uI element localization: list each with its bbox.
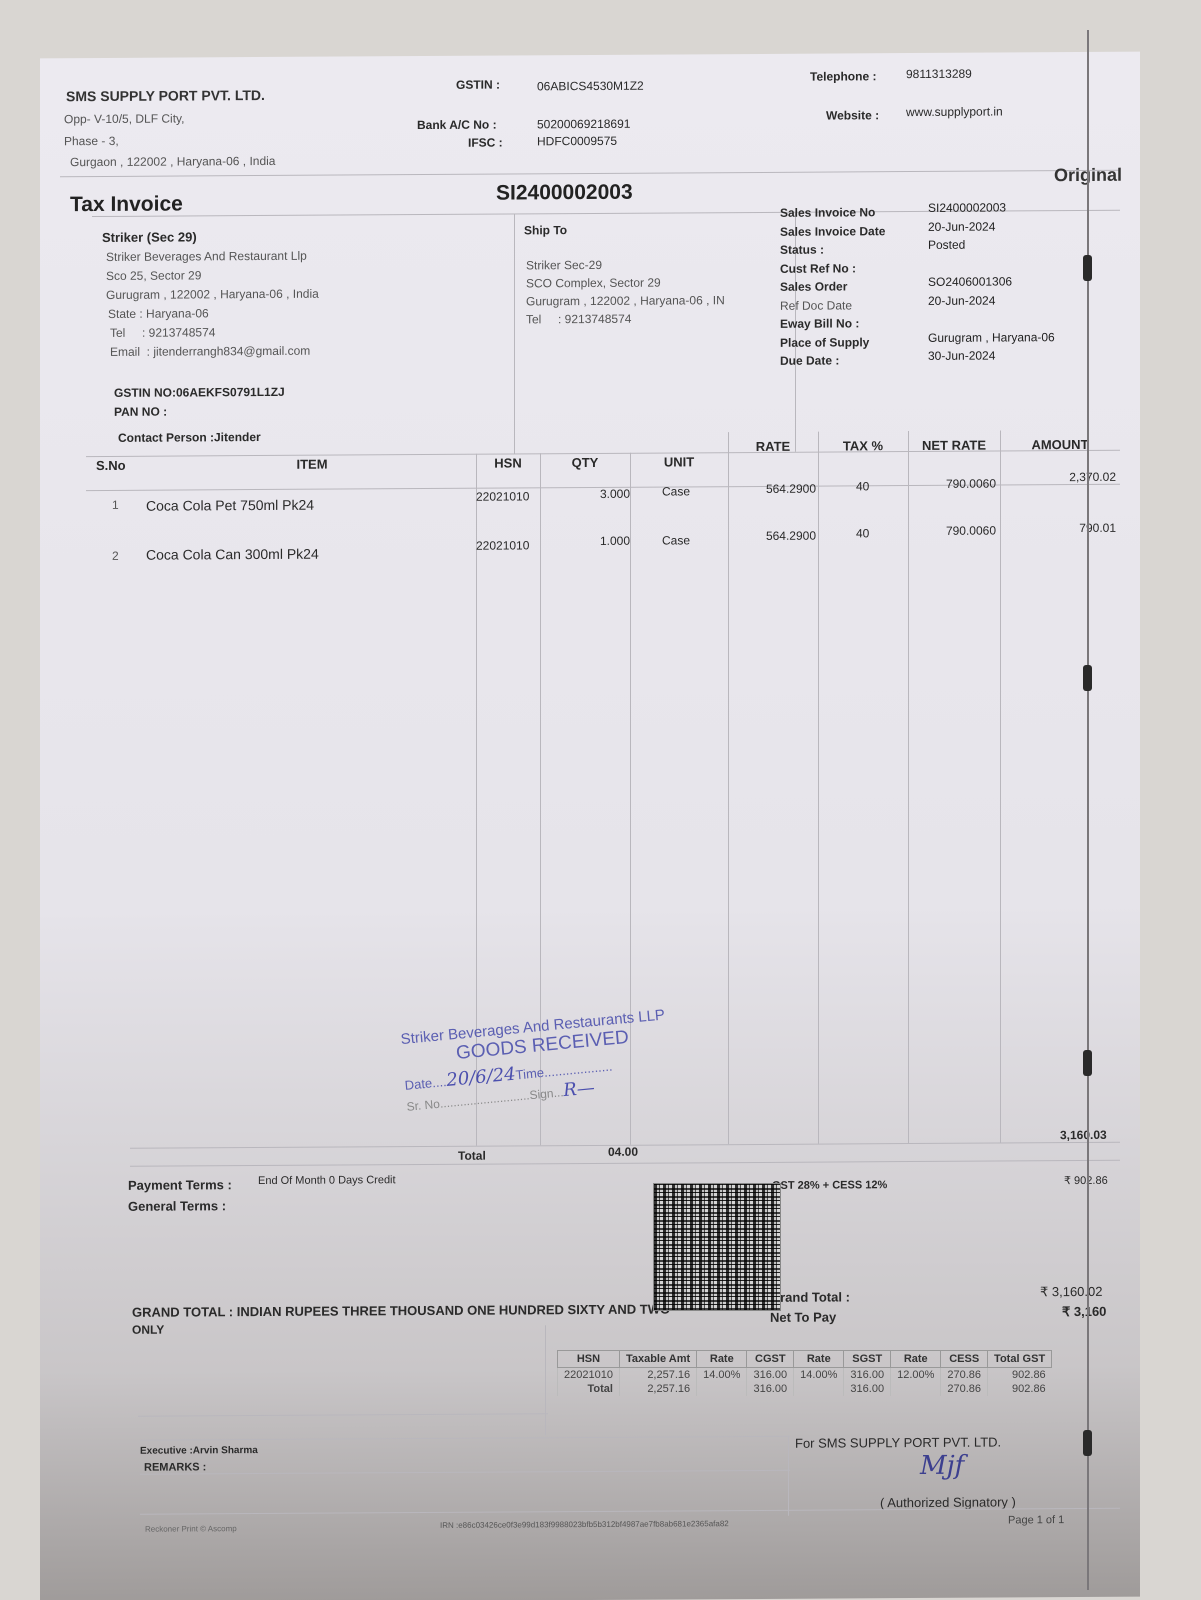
table-row: 2Coca Cola Can 300ml Pk24220210101.000Ca… [40, 535, 1140, 572]
punch-mark [1083, 665, 1092, 691]
row-net-rate: 790.0060 [910, 477, 996, 492]
gst-header-sgst: SGST [844, 1351, 891, 1368]
row-item: Coca Cola Can 300ml Pk24 [146, 546, 319, 563]
bill-to-pan: PAN NO : [114, 405, 167, 419]
punch-mark [1083, 1050, 1092, 1076]
column-header-net-rate: NET RATE [908, 437, 1000, 453]
gst-cell: 12.00% [891, 1368, 941, 1383]
telephone-label: Telephone : [810, 69, 876, 83]
payment-terms-value: End Of Month 0 Days Credit [258, 1174, 396, 1187]
gst-total-cell: 316.00 [747, 1382, 794, 1396]
row-qty: 3.000 [560, 487, 630, 501]
gst-header-total-gst: Total GST [988, 1351, 1052, 1368]
column-header-tax-: TAX % [818, 438, 908, 454]
ship-to-line: Tel : 9213748574 [526, 312, 631, 327]
seller-address-1: Opp- V-10/5, DLF City, [64, 111, 185, 126]
website-link[interactable]: www.supplyport.in [906, 104, 1003, 119]
gst-header-rate: Rate [891, 1351, 941, 1368]
gst-total-cell: 316.00 [844, 1382, 891, 1396]
ship-to-line: Striker Sec-29 [526, 258, 602, 272]
contact-person: Contact Person :Jitender [118, 430, 261, 445]
row-qty: 1.000 [560, 534, 630, 548]
gst-header-taxable-amt: Taxable Amt [619, 1351, 696, 1368]
meta-label: Sales Order [780, 279, 847, 293]
ship-to-line: Gurugram , 122002 , Haryana-06 , IN [526, 293, 725, 308]
remarks-label: REMARKS : [144, 1461, 206, 1473]
gst-total-cell: 902.86 [988, 1382, 1052, 1396]
gst-total-cell [697, 1382, 747, 1396]
gst-cell: 316.00 [844, 1368, 891, 1383]
gst-cell: 902.86 [988, 1368, 1052, 1383]
bank-account: 50200069218691 [537, 117, 630, 132]
print-credit: Reckoner Print © Ascomp [145, 1524, 237, 1534]
meta-value: 20-Jun-2024 [928, 293, 995, 307]
row-item: Coca Cola Pet 750ml Pk24 [146, 497, 314, 514]
grand-total-words-cont: ONLY [132, 1323, 164, 1337]
punch-mark [1083, 1430, 1092, 1456]
telephone-value: 9811313289 [906, 67, 972, 81]
gst-header-hsn: HSN [558, 1351, 620, 1368]
items-table-columns [40, 52, 1140, 59]
row-amount: 2,370.02 [1030, 470, 1116, 485]
page-title: Tax Invoice [70, 192, 183, 217]
stamp-sr-label: Sr. No. [406, 1096, 444, 1113]
column-header-rate: RATE [728, 439, 818, 455]
general-terms-label: General Terms : [128, 1198, 226, 1214]
meta-value: 20-Jun-2024 [928, 219, 995, 233]
ifsc-code: HDFC0009575 [537, 134, 617, 148]
bill-to-line: State : Haryana-06 [108, 306, 209, 321]
row-tax: 40 [856, 526, 869, 540]
bill-to-line: Gurugram , 122002 , Haryana-06 , India [106, 287, 319, 302]
gst-cell: 14.00% [794, 1368, 844, 1383]
row-tax: 40 [856, 479, 869, 493]
column-header-qty: QTY [540, 455, 630, 471]
punch-mark [1083, 255, 1092, 281]
row-hsn: 22021010 [476, 538, 529, 552]
gst-cell: 14.00% [697, 1368, 747, 1383]
row-hsn: 22021010 [476, 489, 529, 503]
gst-total-cell: Total [558, 1382, 620, 1396]
ifsc-label: IFSC : [468, 136, 503, 150]
row-net-rate: 790.0060 [910, 524, 996, 539]
for-company: For SMS SUPPLY PORT PVT. LTD. [795, 1434, 1001, 1450]
seller-address-2: Phase - 3, [64, 134, 119, 148]
total-label: Total [458, 1149, 486, 1163]
meta-label: Sales Invoice Date [780, 224, 885, 239]
meta-label: Due Date : [780, 353, 839, 367]
meta-value: Posted [928, 238, 965, 252]
gst-total-cell [891, 1382, 941, 1396]
seller-address-3: Gurgaon , 122002 , Haryana-06 , India [70, 154, 275, 169]
gst-row: 220210102,257.1614.00%316.0014.00%316.00… [558, 1368, 1052, 1383]
bill-to-line: Sco 25, Sector 29 [106, 268, 201, 283]
meta-value: 30-Jun-2024 [928, 349, 995, 363]
meta-label: Sales Invoice No [780, 205, 875, 220]
gst-cell: 2,257.16 [619, 1368, 696, 1383]
meta-label: Cust Ref No : [780, 261, 856, 275]
seller-name: SMS SUPPLY PORT PVT. LTD. [66, 87, 265, 104]
tax-summary-value: ₹ 902.86 [1064, 1174, 1108, 1187]
grand-total-value: ₹ 3,160.02 [1040, 1284, 1103, 1300]
gst-total-cell [794, 1382, 844, 1396]
meta-label: Ref Doc Date [780, 298, 852, 312]
qr-code [653, 1183, 781, 1311]
meta-label: Status : [780, 243, 824, 257]
grand-total-label: Grand Total : [770, 1289, 850, 1304]
gst-breakdown-table: HSNTaxable AmtRateCGSTRateSGSTRateCESSTo… [557, 1350, 1052, 1396]
authorized-signature: Mjf [920, 1451, 964, 1481]
bank-label: Bank A/C No : [417, 118, 497, 132]
column-header-amount: AMOUNT [1000, 437, 1120, 453]
items-table-body: 1Coca Cola Pet 750ml Pk24220210103.000Ca… [40, 52, 1140, 59]
stamp-sign-label: Sign [529, 1086, 554, 1102]
gst-cell: 22021010 [558, 1368, 620, 1383]
column-header-hsn: HSN [476, 455, 540, 470]
gst-header-rate: Rate [697, 1351, 747, 1368]
grand-total-words: GRAND TOTAL : INDIAN RUPEES THREE THOUSA… [132, 1302, 670, 1320]
bill-to-line: Tel : 9213748574 [110, 325, 215, 340]
row-unit: Case [662, 533, 690, 547]
row-sno: 2 [112, 549, 119, 563]
meta-value: Gurugram , Haryana-06 [928, 330, 1055, 345]
gst-total-cell: 2,257.16 [619, 1382, 696, 1396]
stamp-time-label: Time [515, 1065, 545, 1083]
row-amount: 790.01 [1030, 521, 1116, 536]
column-header-item: ITEM [148, 456, 476, 473]
total-qty: 04.00 [608, 1145, 638, 1159]
row-unit: Case [662, 484, 690, 498]
seller-gstin: 06ABICS4530M1Z2 [537, 79, 644, 94]
total-amount: 3,160.03 [1060, 1128, 1107, 1142]
row-rate: 564.2900 [740, 529, 816, 543]
meta-value: SO2406001306 [928, 274, 1012, 289]
gstin-label: GSTIN : [456, 78, 500, 92]
bill-to-name: Striker (Sec 29) [102, 229, 197, 245]
website-label: Website : [826, 108, 879, 122]
gst-cell: 316.00 [747, 1368, 794, 1383]
row-sno: 1 [112, 498, 119, 512]
page-indicator: Page 1 of 1 [1008, 1514, 1064, 1526]
payment-terms-label: Payment Terms : [128, 1177, 232, 1193]
gst-header-cess: CESS [941, 1351, 988, 1368]
items-table-header: S.NoITEMHSNQTYUNITRATETAX %NET RATEAMOUN… [40, 52, 1140, 59]
irn-number: IRN :e86c03426ce0f3e99d183f9988023bfb5b3… [440, 1519, 729, 1530]
meta-value: SI2400002003 [928, 200, 1006, 214]
row-rate: 564.2900 [740, 482, 816, 496]
meta-label: Eway Bill No : [780, 316, 859, 330]
bill-to-email: Email : jitenderrangh834@gmail.com [110, 344, 310, 359]
tax-summary-label: GST 28% + CESS 12% [772, 1179, 887, 1192]
stamp-date-label: Date [404, 1075, 433, 1092]
invoice-number-header: SI2400002003 [496, 181, 633, 206]
gst-total-row: Total2,257.16316.00316.00270.86902.86 [558, 1382, 1052, 1396]
column-header-unit: UNIT [630, 454, 728, 470]
ship-to-line: SCO Complex, Sector 29 [526, 276, 661, 291]
net-to-pay-label: Net To Pay [770, 1309, 836, 1324]
stamp-signature: R— [562, 1077, 595, 1101]
gst-header-cgst: CGST [747, 1351, 794, 1368]
bill-to-gstin: GSTIN NO:06AEKFS0791L1ZJ [114, 385, 285, 400]
ship-to-label: Ship To [524, 223, 567, 237]
gst-total-cell: 270.86 [941, 1382, 988, 1396]
invoice-meta: Sales Invoice NoSI2400002003Sales Invoic… [40, 52, 1140, 59]
bill-to-line: Striker Beverages And Restaurant Llp [106, 249, 307, 264]
gst-header-rate: Rate [794, 1351, 844, 1368]
meta-label: Place of Supply [780, 335, 869, 350]
gst-cell: 270.86 [941, 1368, 988, 1383]
net-to-pay-value: ₹ 3,160 [1062, 1304, 1106, 1320]
executive: Executive :Arvin Sharma [140, 1445, 258, 1457]
